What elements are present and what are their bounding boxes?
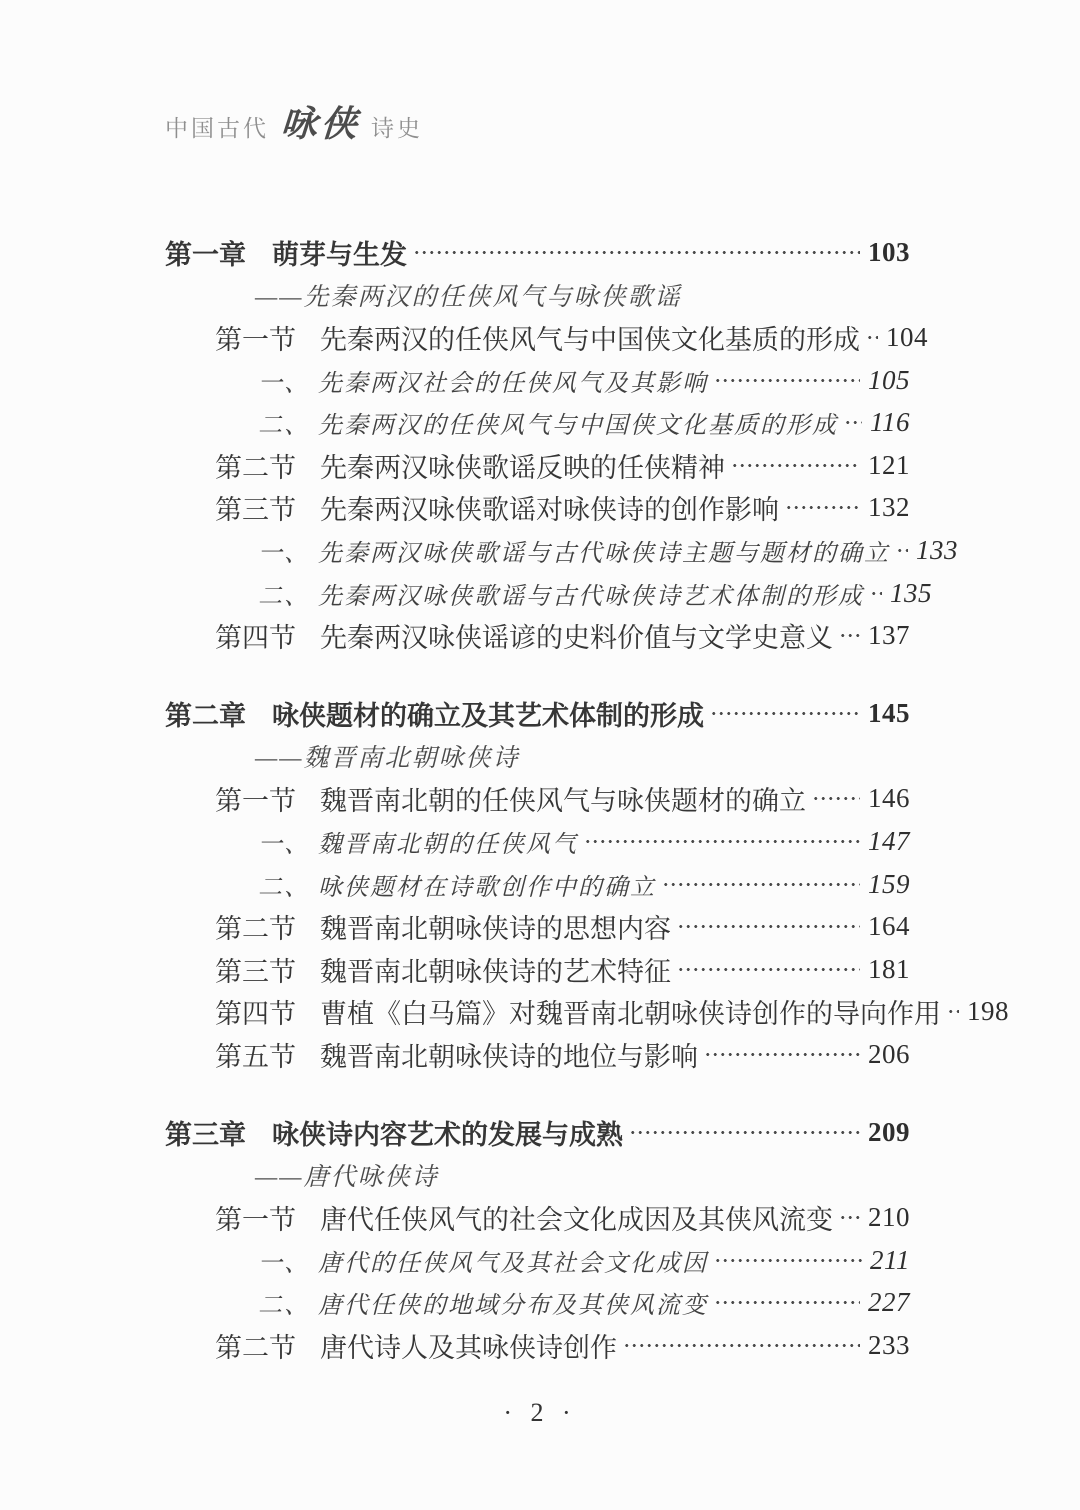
toc-entry-title: 先秦两汉咏侠歌谣与古代咏侠诗艺术体制的形成 <box>318 576 864 611</box>
dot-leader <box>710 692 860 735</box>
book-page: 中国古代 咏侠 诗史 第一章萌芽与生发103——先秦两汉的任侠风气与咏侠歌谣第一… <box>0 0 1080 1510</box>
dot-leader <box>839 614 860 657</box>
running-head-calligraphy: 咏侠 <box>279 96 363 147</box>
toc-entry-label: 一、 <box>258 1243 310 1278</box>
toc-entry-label: 第一节 <box>215 318 296 357</box>
toc-entry-label: 第三节 <box>215 488 296 527</box>
toc-entry-label: 第三节 <box>215 950 296 989</box>
dot-leader <box>584 820 860 863</box>
dot-leader <box>866 316 878 359</box>
toc-entry-section: 第二节唐代诗人及其咏侠诗创作233 <box>165 1324 910 1367</box>
toc-entry-item: 一、唐代的任侠风气及其社会文化成因211 <box>165 1239 910 1282</box>
toc-entry-title: 先秦两汉咏侠歌谣对咏侠诗的创作影响 <box>320 488 779 527</box>
toc-entry-label: 二、 <box>258 867 310 902</box>
toc-entry-page: 209 <box>868 1117 910 1148</box>
toc-entry-title: 先秦两汉咏侠歌谣反映的任侠精神 <box>320 446 725 485</box>
dot-leader <box>947 991 959 1034</box>
toc-entry-title: 唐代诗人及其咏侠诗创作 <box>320 1326 617 1365</box>
toc-entry-item: 二、唐代任侠的地域分布及其侠风流变227 <box>165 1282 910 1325</box>
toc-entry-section: 第五节魏晋南北朝咏侠诗的地位与影响206 <box>165 1033 910 1076</box>
running-head-suffix: 诗史 <box>371 110 423 143</box>
toc-entry-item: 一、魏晋南北朝的任侠风气147 <box>165 820 910 863</box>
toc-entry-label: 第二节 <box>215 446 296 485</box>
toc-entry-page: 133 <box>916 535 958 566</box>
toc-entry-label: 第三章 <box>165 1113 246 1152</box>
toc-entry-section: 第一节唐代任侠风气的社会文化成因及其侠风流变210 <box>165 1196 910 1239</box>
toc-entry-title: ——唐代咏侠诗 <box>255 1157 438 1193</box>
toc-entry-subtitle: ——先秦两汉的任侠风气与咏侠歌谣 <box>165 274 910 317</box>
toc-entry-section: 第二节魏晋南北朝咏侠诗的思想内容164 <box>165 905 910 948</box>
toc-entry-page: 135 <box>890 578 932 609</box>
toc-entry-title: 魏晋南北朝的任侠风气与咏侠题材的确立 <box>320 779 806 818</box>
toc-entry-label: 第一节 <box>215 779 296 818</box>
toc-entry-label: 第二节 <box>215 1326 296 1365</box>
dot-leader <box>785 487 860 530</box>
dot-leader <box>812 778 860 821</box>
toc-entry-subtitle: ——魏晋南北朝咏侠诗 <box>165 735 910 778</box>
toc-entry-chapter: 第二章咏侠题材的确立及其艺术体制的形成145 <box>165 692 910 735</box>
toc-entry-title: 魏晋南北朝咏侠诗的艺术特征 <box>320 950 671 989</box>
toc-entry-title: 唐代任侠风气的社会文化成因及其侠风流变 <box>320 1198 833 1237</box>
toc-entry-label: 一、 <box>258 824 310 859</box>
toc-entry-title: 魏晋南北朝的任侠风气 <box>318 824 578 859</box>
toc-entry-title: ——先秦两汉的任侠风气与咏侠歌谣 <box>255 277 681 313</box>
toc-entry-title: 先秦两汉的任侠风气与中国侠文化基质的形成 <box>320 318 860 357</box>
toc-entry-label: 一、 <box>258 363 310 398</box>
dot-leader <box>714 359 860 402</box>
toc-entry-title: ——魏晋南北朝咏侠诗 <box>255 738 519 774</box>
toc-entry-item: 二、先秦两汉的任侠风气与中国侠文化基质的形成116 <box>165 401 910 444</box>
toc-entry-section: 第三节魏晋南北朝咏侠诗的艺术特征181 <box>165 948 910 991</box>
toc-entry-label: 第四节 <box>215 616 296 655</box>
toc-entry-label: 第一章 <box>165 233 246 272</box>
dot-leader <box>731 444 860 487</box>
toc-entry-page: 164 <box>868 911 910 942</box>
table-of-contents: 第一章萌芽与生发103——先秦两汉的任侠风气与咏侠歌谣第一节先秦两汉的任侠风气与… <box>165 231 910 1367</box>
toc-entry-title: 魏晋南北朝咏侠诗的地位与影响 <box>320 1035 698 1074</box>
toc-entry-title: 咏侠诗内容艺术的发展与成熟 <box>272 1113 623 1152</box>
toc-entry-chapter: 第一章萌芽与生发103 <box>165 231 910 274</box>
dot-leader <box>844 401 862 444</box>
toc-entry-page: 105 <box>868 365 910 396</box>
toc-entry-page: 181 <box>868 954 910 985</box>
toc-entry-subtitle: ——唐代咏侠诗 <box>165 1154 910 1197</box>
toc-entry-item: 二、先秦两汉咏侠歌谣与古代咏侠诗艺术体制的形成135 <box>165 572 910 615</box>
toc-entry-title: 咏侠题材在诗歌创作中的确立 <box>318 867 656 902</box>
toc-entry-title: 先秦两汉咏侠谣谚的史料价值与文学史意义 <box>320 616 833 655</box>
toc-entry-section: 第二节先秦两汉咏侠歌谣反映的任侠精神121 <box>165 444 910 487</box>
toc-entry-section: 第三节先秦两汉咏侠歌谣对咏侠诗的创作影响132 <box>165 487 910 530</box>
toc-entry-page: 145 <box>868 698 910 729</box>
dot-leader <box>677 905 860 948</box>
toc-entry-label: 一、 <box>258 533 310 568</box>
toc-entry-item: 一、先秦两汉社会的任侠风气及其影响105 <box>165 359 910 402</box>
toc-entry-page: 132 <box>868 492 910 523</box>
toc-entry-title: 萌芽与生发 <box>272 233 407 272</box>
dot-leader <box>870 572 882 615</box>
toc-entry-title: 先秦两汉咏侠歌谣与古代咏侠诗主题与题材的确立 <box>318 533 890 568</box>
toc-entry-page: 233 <box>868 1330 910 1361</box>
toc-entry-label: 第二节 <box>215 907 296 946</box>
running-head: 中国古代 咏侠 诗史 <box>165 96 423 147</box>
toc-entry-label: 第一节 <box>215 1198 296 1237</box>
toc-entry-page: 147 <box>868 826 910 857</box>
toc-entry-title: 先秦两汉社会的任侠风气及其影响 <box>318 363 708 398</box>
dot-leader <box>413 231 860 274</box>
toc-entry-page: 198 <box>967 996 1009 1027</box>
toc-entry-page: 116 <box>870 407 910 438</box>
dot-leader <box>662 863 860 906</box>
dot-leader <box>839 1196 860 1239</box>
toc-entry-title: 唐代任侠的地域分布及其侠风流变 <box>318 1285 708 1320</box>
toc-entry-title: 魏晋南北朝咏侠诗的思想内容 <box>320 907 671 946</box>
toc-entry-title: 先秦两汉的任侠风气与中国侠文化基质的形成 <box>318 405 838 440</box>
toc-entry-section: 第一节先秦两汉的任侠风气与中国侠文化基质的形成104 <box>165 316 910 359</box>
toc-entry-page: 159 <box>868 869 910 900</box>
toc-entry-label: 第五节 <box>215 1035 296 1074</box>
toc-entry-page: 206 <box>868 1039 910 1070</box>
toc-entry-section: 第四节先秦两汉咏侠谣谚的史料价值与文学史意义137 <box>165 614 910 657</box>
toc-entry-item: 二、咏侠题材在诗歌创作中的确立159 <box>165 863 910 906</box>
toc-entry-chapter: 第三章咏侠诗内容艺术的发展与成熟209 <box>165 1111 910 1154</box>
page-number-folio: · 2 · <box>0 1398 1080 1428</box>
toc-entry-label: 二、 <box>258 576 310 611</box>
toc-entry-page: 103 <box>868 237 910 268</box>
toc-entry-title: 咏侠题材的确立及其艺术体制的形成 <box>272 694 704 733</box>
toc-entry-section: 第一节魏晋南北朝的任侠风气与咏侠题材的确立146 <box>165 778 910 821</box>
dot-leader <box>629 1111 860 1154</box>
toc-entry-section: 第四节曹植《白马篇》对魏晋南北朝咏侠诗创作的导向作用198 <box>165 991 910 1034</box>
toc-entry-label: 二、 <box>258 1285 310 1320</box>
toc-entry-page: 104 <box>886 322 928 353</box>
toc-entry-title: 曹植《白马篇》对魏晋南北朝咏侠诗创作的导向作用 <box>320 992 941 1031</box>
dot-leader <box>896 529 908 572</box>
toc-entry-page: 210 <box>868 1202 910 1233</box>
dot-leader <box>623 1324 860 1367</box>
toc-entry-page: 121 <box>868 450 910 481</box>
toc-entry-page: 146 <box>868 783 910 814</box>
toc-entry-item: 一、先秦两汉咏侠歌谣与古代咏侠诗主题与题材的确立133 <box>165 529 910 572</box>
toc-entry-page: 137 <box>868 620 910 651</box>
toc-entry-title: 唐代的任侠风气及其社会文化成因 <box>318 1243 708 1278</box>
dot-leader <box>714 1282 860 1325</box>
dot-leader <box>677 948 860 991</box>
toc-entry-label: 第二章 <box>165 694 246 733</box>
toc-entry-label: 二、 <box>258 405 310 440</box>
toc-entry-page: 211 <box>870 1245 910 1276</box>
toc-entry-label: 第四节 <box>215 992 296 1031</box>
dot-leader <box>714 1239 862 1282</box>
toc-entry-page: 227 <box>868 1287 910 1318</box>
running-head-prefix: 中国古代 <box>165 110 269 143</box>
dot-leader <box>704 1033 860 1076</box>
